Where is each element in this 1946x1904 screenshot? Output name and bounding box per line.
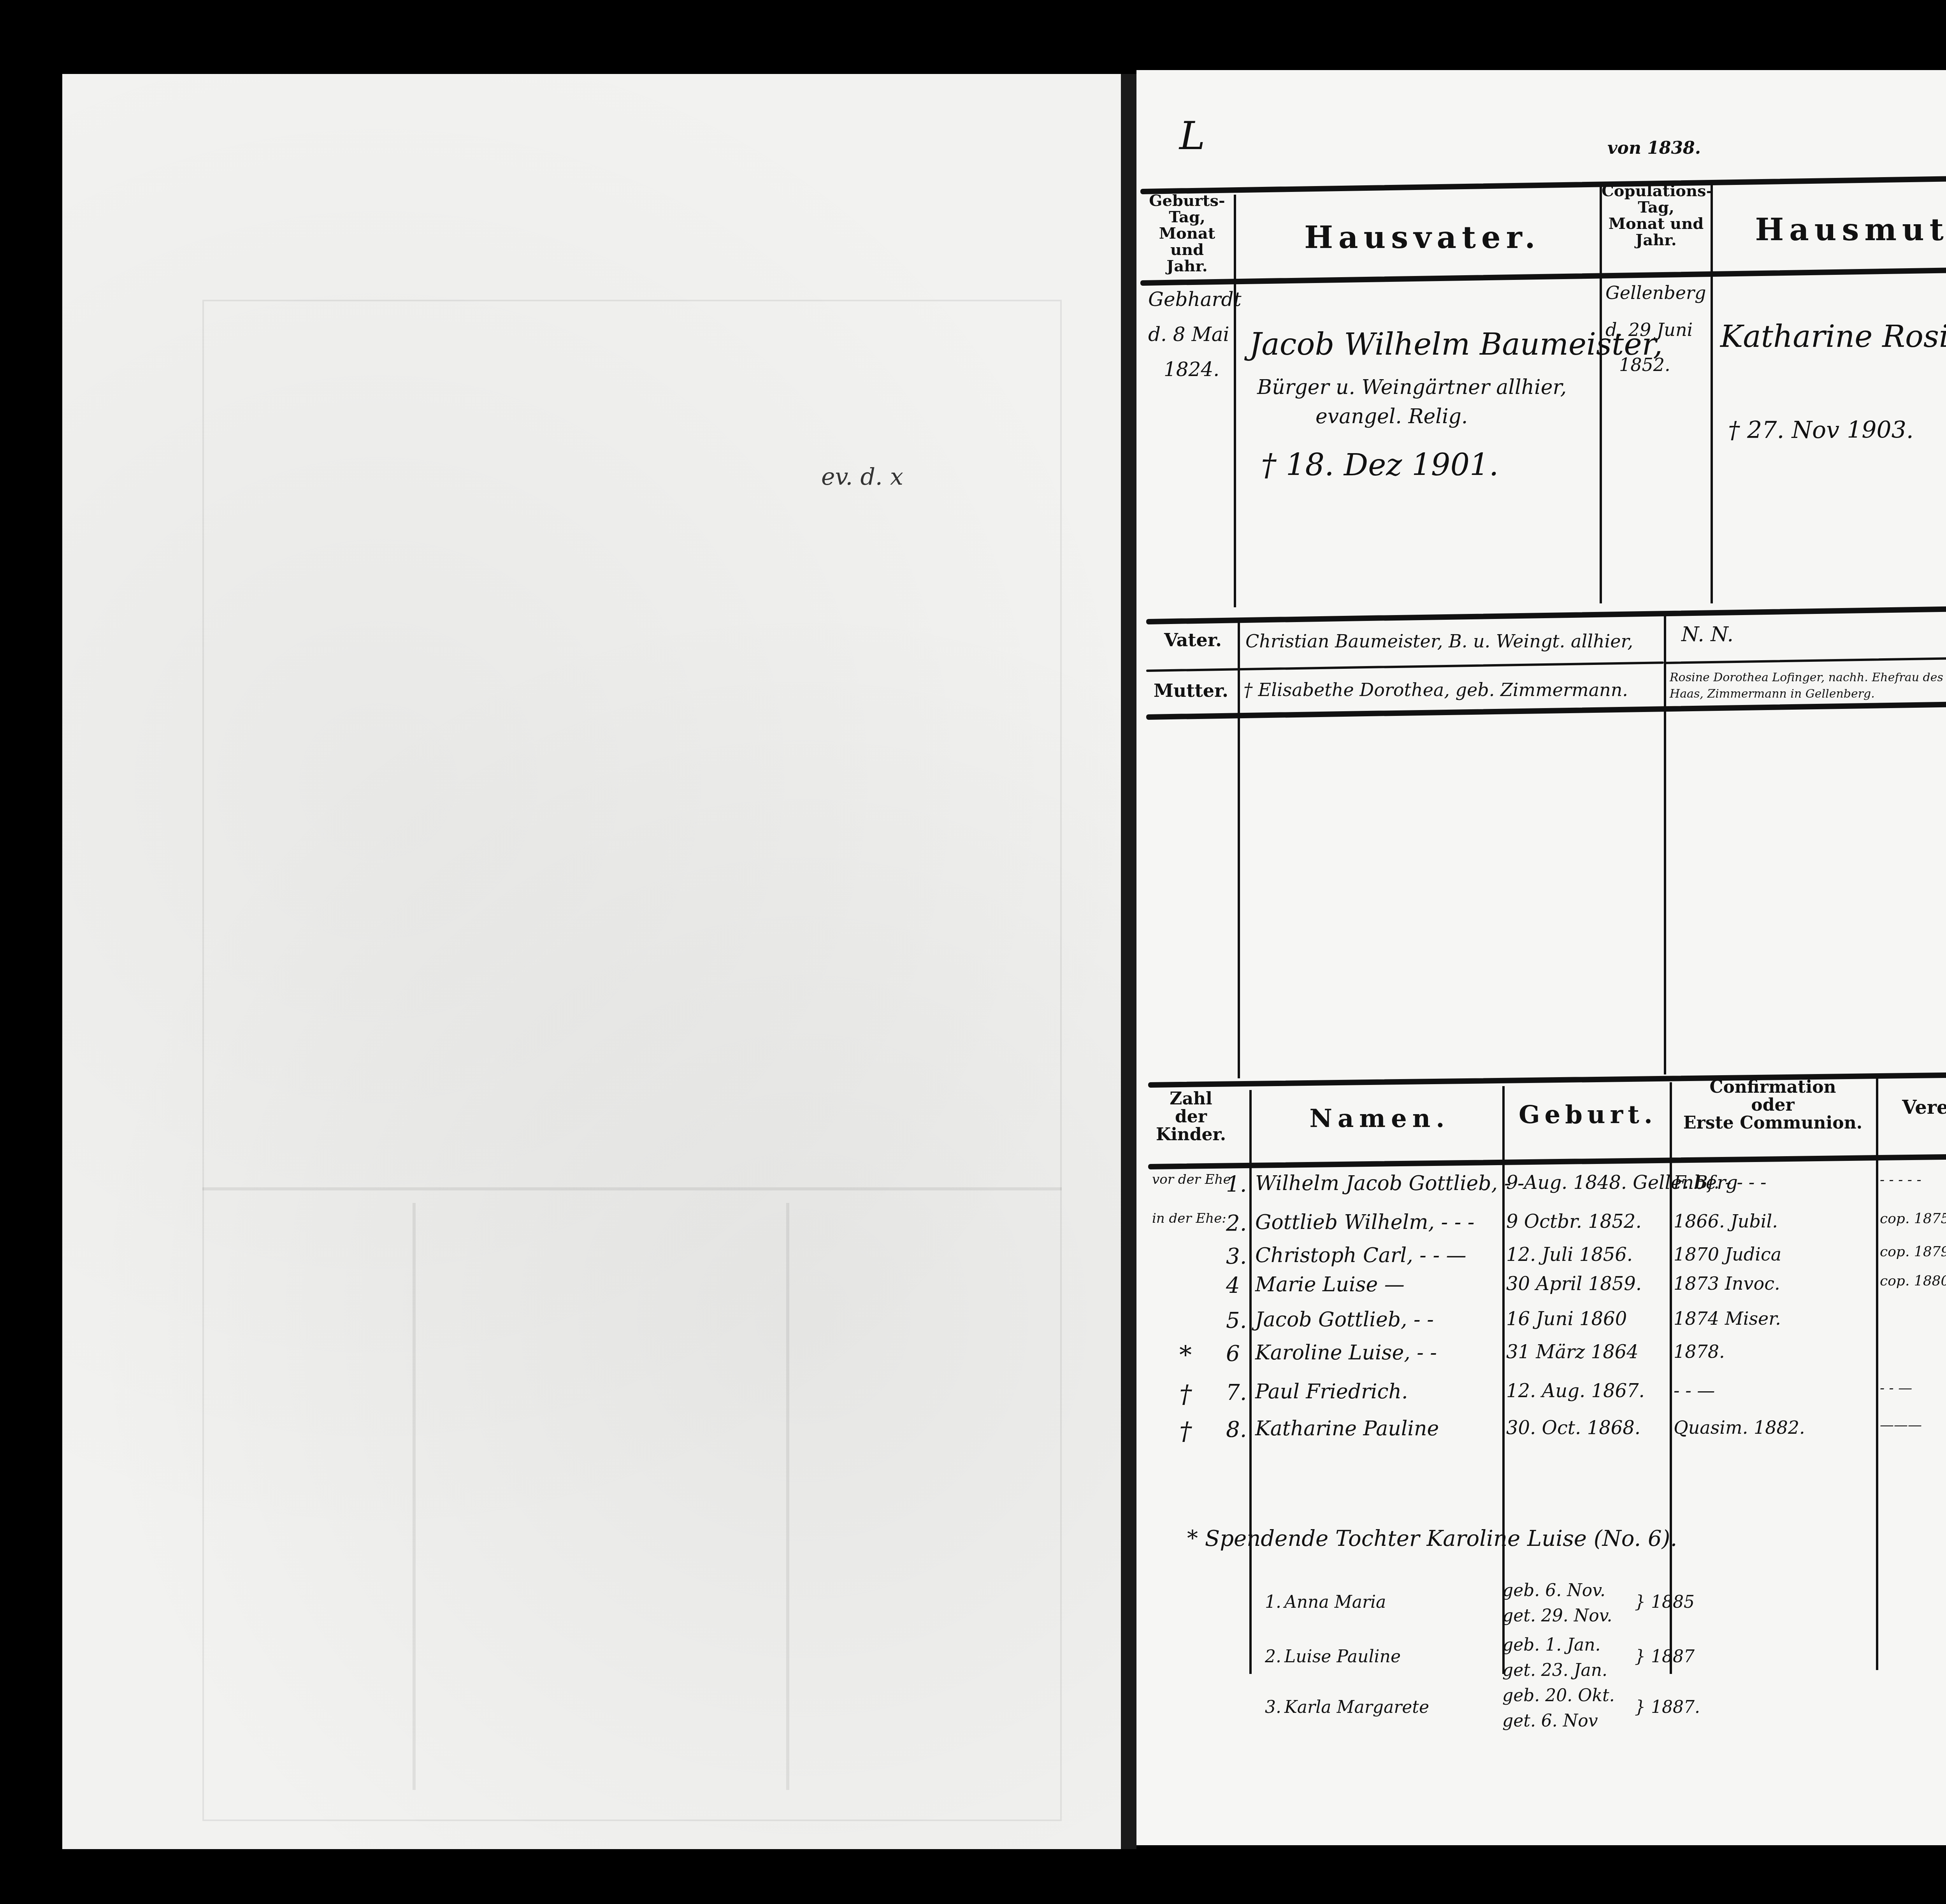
- child-number: 8.: [1226, 1417, 1247, 1442]
- child-birth: 30. Oct. 1868.: [1506, 1417, 1640, 1439]
- child-number: 5.: [1226, 1308, 1247, 1333]
- mother-father: N. N.: [1681, 623, 1733, 646]
- footnote-baptism: get. 29. Nov.: [1502, 1606, 1612, 1626]
- child-prefix: vor der Ehe:: [1152, 1172, 1235, 1187]
- footnote-child-name: Luise Pauline: [1284, 1647, 1401, 1667]
- header-father: Hausvater.: [1238, 222, 1607, 254]
- child-marriage: cop. 1879 mit ...: [1880, 1244, 1946, 1260]
- child-marriage: cop. 1880 mit Gottlieb ...: [1880, 1273, 1946, 1289]
- label-vater: Vater.: [1152, 631, 1234, 649]
- mother-mother: Rosine Dorothea Lofinger, nachh. Ehefrau…: [1670, 670, 1946, 702]
- header-child-name: Namen.: [1253, 1106, 1506, 1132]
- child-birth: 12. Juli 1856.: [1506, 1244, 1633, 1266]
- child-confirmation: 1878.: [1674, 1341, 1725, 1362]
- child-confirmation: 1874 Miser.: [1674, 1308, 1781, 1329]
- footnote-baptism: get. 6. Nov: [1502, 1711, 1598, 1731]
- child-number: 3.: [1226, 1244, 1247, 1269]
- father-name: Jacob Wilhelm Baumeister,: [1249, 327, 1663, 362]
- child-confirmation: 1870 Judica: [1674, 1244, 1781, 1265]
- father-birth-year: 1824.: [1164, 358, 1219, 381]
- label-mutter: Mutter.: [1148, 681, 1234, 700]
- footnote-child-name: 3.: [1265, 1697, 1281, 1717]
- footnote-birth: geb. 6. Nov.: [1502, 1581, 1605, 1600]
- footnote-baptism: get. 23. Jan.: [1502, 1660, 1607, 1680]
- footnote-child-name: 2.: [1265, 1647, 1281, 1667]
- child-marriage: - - —: [1880, 1380, 1912, 1396]
- child-confirmation: F. Bf. - - - -: [1674, 1172, 1766, 1193]
- footnote-birth: geb. 20. Okt.: [1502, 1686, 1615, 1705]
- header-birth-father: Geburts- Tag, Monat und Jahr.: [1142, 193, 1232, 274]
- col-divider: [1234, 195, 1236, 607]
- page-letter: L: [1179, 113, 1205, 158]
- mother-name: Katharine Rosine, geb. Lofinger.: [1720, 319, 1946, 354]
- marriage-date: d. 29 Juni: [1605, 319, 1693, 340]
- child-birth: 16 Juni 1860: [1506, 1308, 1627, 1330]
- footnote-year: } 1887.: [1635, 1697, 1700, 1717]
- father-birth-date: d. 8 Mai: [1148, 323, 1229, 346]
- footnote-child-name: Karla Margarete: [1284, 1697, 1429, 1717]
- header-child-birth: Geburt.: [1506, 1102, 1670, 1128]
- child-number: 6: [1226, 1341, 1240, 1366]
- col-divider: [1664, 611, 1666, 1074]
- footnote-title: * Spendende Tochter Karoline Luise (No. …: [1187, 1526, 1677, 1551]
- faint-row-line: [202, 1187, 1062, 1190]
- child-marriage: - - - - -: [1880, 1172, 1921, 1188]
- child-name: Karoline Luise, - -: [1255, 1341, 1437, 1364]
- footnote-year: } 1887: [1635, 1647, 1695, 1667]
- child-mark: *: [1179, 1341, 1192, 1370]
- child-number: 2.: [1226, 1211, 1247, 1236]
- child-birth: 30 April 1859.: [1506, 1273, 1642, 1295]
- child-number: 7.: [1226, 1380, 1247, 1405]
- child-birth: 9 Octbr. 1852.: [1506, 1211, 1642, 1232]
- father-father: Christian Baumeister, B. u. Weingt. allh…: [1245, 631, 1633, 652]
- child-mark: †: [1179, 1417, 1192, 1446]
- child-confirmation: 1866. Jubil.: [1674, 1211, 1778, 1232]
- top-note: von 1838.: [1607, 138, 1701, 158]
- child-confirmation: Quasim. 1882.: [1674, 1417, 1805, 1438]
- father-occupation: Bürger u. Weingärtner allhier,: [1257, 376, 1567, 399]
- father-birth-place: Gebhardt: [1148, 288, 1242, 311]
- child-marriage: cop. 1875 mit ...: [1880, 1211, 1946, 1227]
- book-spine: [1121, 74, 1136, 1849]
- marriage-place: Gellenberg: [1605, 282, 1706, 303]
- child-number: 1.: [1226, 1172, 1247, 1197]
- child-name: Christoph Carl, - - —: [1255, 1244, 1467, 1267]
- child-name: Wilhelm Jacob Gottlieb, - -: [1255, 1172, 1524, 1195]
- header-marriage: Copulations- Tag, Monat und Jahr.: [1602, 183, 1711, 248]
- col-divider: [1711, 183, 1713, 603]
- col-divider: [1249, 1090, 1252, 1674]
- footnote-child-name: Anna Maria: [1284, 1592, 1386, 1612]
- father-religion: evangel. Relig.: [1315, 405, 1468, 428]
- child-name: Gottlieb Wilhelm, - - -: [1255, 1211, 1474, 1234]
- faint-column-line: [413, 1203, 416, 1790]
- child-name: Jacob Gottlieb, - -: [1255, 1308, 1434, 1331]
- col-divider: [1238, 619, 1240, 1078]
- child-name: Katharine Pauline: [1255, 1417, 1439, 1440]
- header-child-marriage: Verehelichung.: [1880, 1098, 1946, 1117]
- header-child-number: Zahl der Kinder.: [1152, 1090, 1230, 1144]
- left-page-note: ev. d. x: [821, 463, 903, 491]
- col-divider: [1670, 1082, 1672, 1674]
- footnote-birth: geb. 1. Jan.: [1502, 1635, 1601, 1655]
- child-name: Paul Friedrich.: [1255, 1380, 1408, 1403]
- child-marriage: ———: [1880, 1417, 1922, 1433]
- left-page: ev. d. x: [62, 74, 1121, 1849]
- faint-column-line: [786, 1203, 789, 1790]
- faint-table-outline: [202, 300, 1062, 1821]
- father-mother: † Elisabethe Dorothea, geb. Zimmermann.: [1243, 679, 1628, 700]
- child-birth: 12. Aug. 1867.: [1506, 1380, 1645, 1402]
- child-confirmation: 1873 Invoc.: [1674, 1273, 1780, 1294]
- marriage-year: 1852.: [1619, 354, 1670, 375]
- father-death: † 18. Dez 1901.: [1261, 448, 1499, 483]
- child-number: 4: [1226, 1273, 1240, 1298]
- col-divider: [1876, 1078, 1878, 1670]
- header-mother: Hausmutter.: [1712, 214, 1946, 246]
- child-prefix: in der Ehe:: [1152, 1211, 1226, 1226]
- child-birth: 31 März 1864: [1506, 1341, 1639, 1363]
- footnote-year: } 1885: [1635, 1592, 1695, 1612]
- header-child-confirmation: Confirmation oder Erste Communion.: [1672, 1078, 1874, 1132]
- mother-death: † 27. Nov 1903.: [1728, 417, 1914, 444]
- footnote-child-name: 1.: [1265, 1592, 1281, 1612]
- child-name: Marie Luise —: [1255, 1273, 1405, 1296]
- child-mark: †: [1179, 1380, 1192, 1409]
- child-confirmation: - - —: [1674, 1380, 1715, 1401]
